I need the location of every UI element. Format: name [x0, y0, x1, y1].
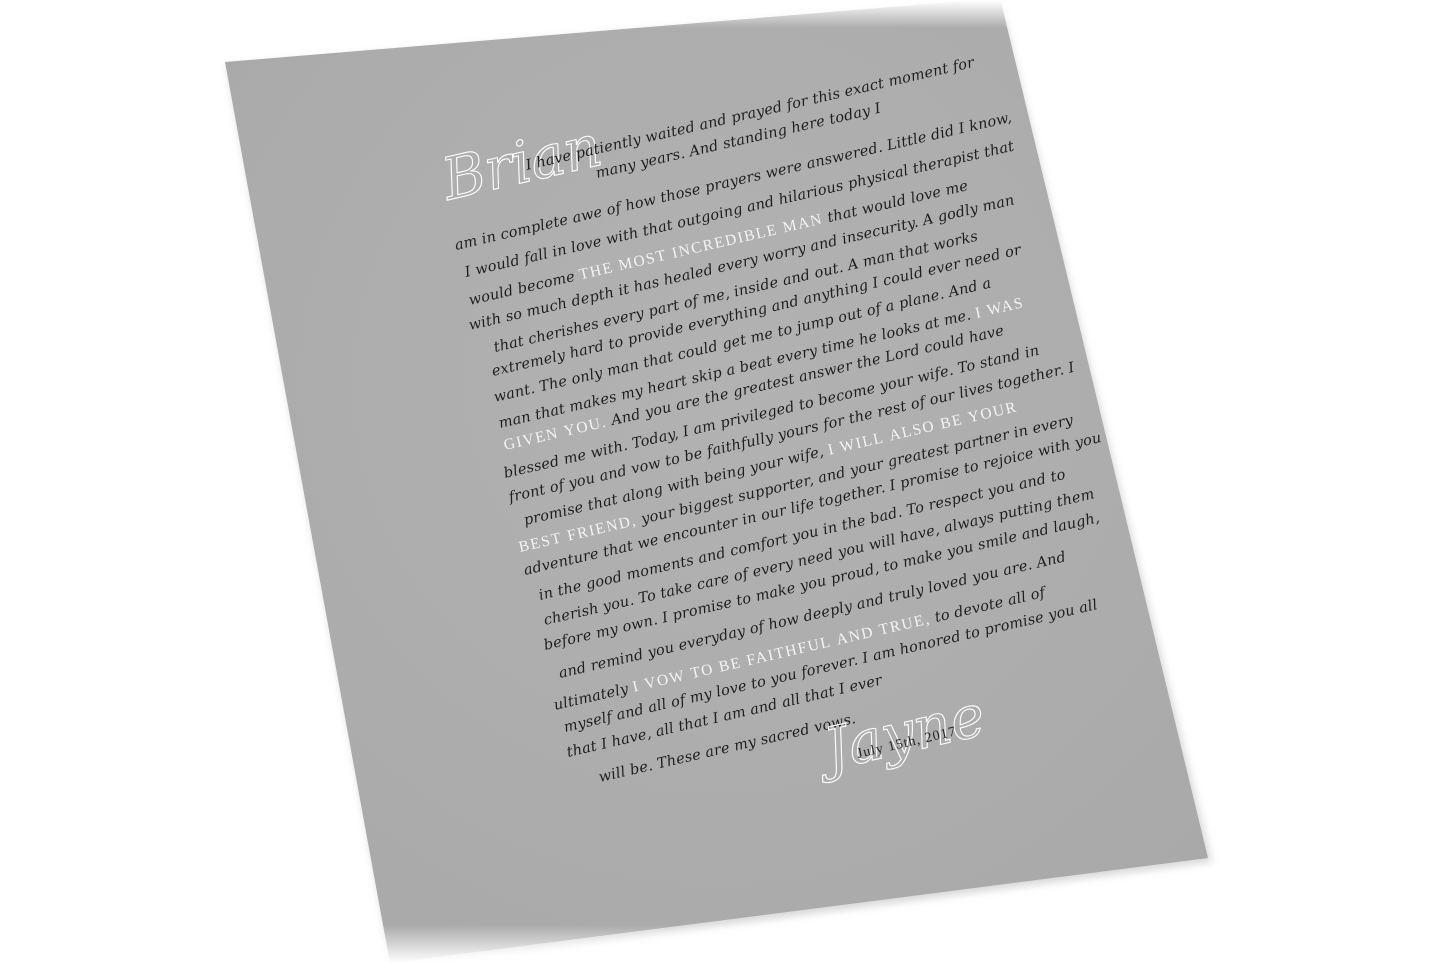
- top-fade: [500, 0, 1020, 28]
- bottom-fade: [380, 925, 880, 963]
- vow-print-mockup: Brian I have patiently waited and prayed…: [0, 0, 1445, 963]
